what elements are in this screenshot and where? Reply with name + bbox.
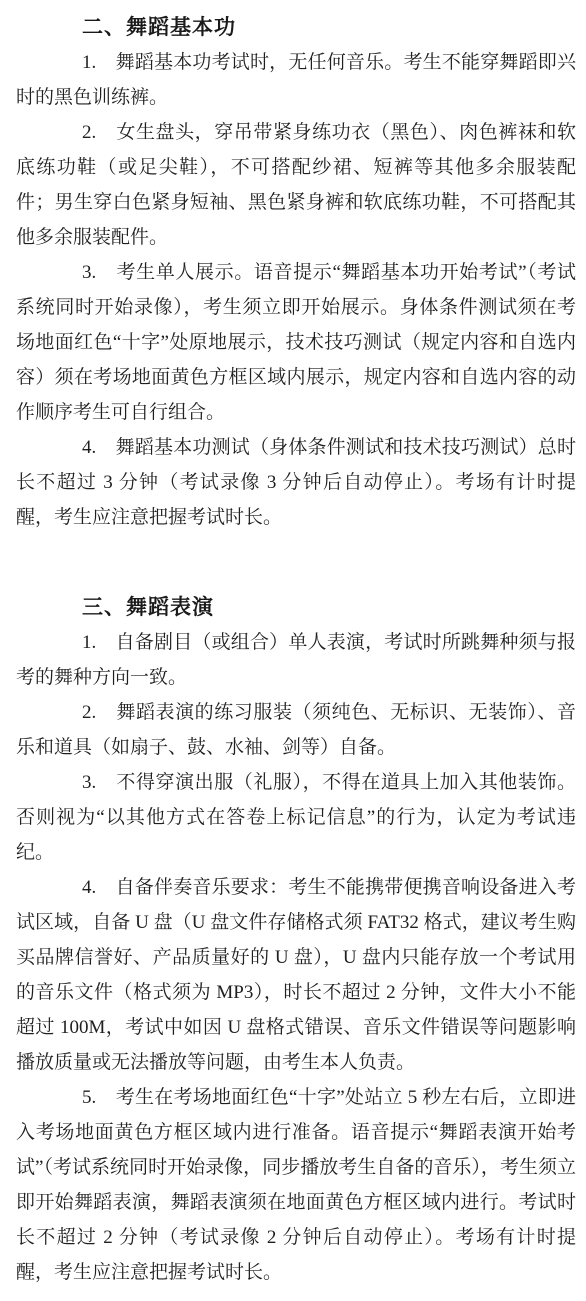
section-dance-performance: 三、舞蹈表演 1. 自备剧目（或组合）单人表演，考试时所跳舞种须与报考的舞种方向… [16, 590, 576, 1290]
paragraph-performance-4: 4. 自备伴奏音乐要求：考生不能携带便携音响设备进入考试区域，自备 U 盘（U … [16, 870, 576, 1080]
paragraph-performance-2: 2. 舞蹈表演的练习服装（须纯色、无标识、无装饰）、音乐和道具（如扇子、鼓、水袖… [16, 695, 576, 765]
section-dance-basics: 二、舞蹈基本功 1. 舞蹈基本功考试时，无任何音乐。考生不能穿舞蹈即兴时的黑色训… [16, 10, 576, 535]
paragraph-performance-1: 1. 自备剧目（或组合）单人表演，考试时所跳舞种须与报考的舞种方向一致。 [16, 625, 576, 695]
paragraph-basics-1: 1. 舞蹈基本功考试时，无任何音乐。考生不能穿舞蹈即兴时的黑色训练裤。 [16, 45, 576, 115]
section-heading-dance-basics: 二、舞蹈基本功 [82, 10, 576, 45]
paragraph-performance-3: 3. 不得穿演出服（礼服），不得在道具上加入其他装饰。否则视为“以其他方式在答卷… [16, 765, 576, 870]
paragraph-basics-2: 2. 女生盘头，穿吊带紧身练功衣（黑色）、肉色裤袜和软底练功鞋（或足尖鞋），不可… [16, 115, 576, 255]
document-page: 二、舞蹈基本功 1. 舞蹈基本功考试时，无任何音乐。考生不能穿舞蹈即兴时的黑色训… [0, 0, 586, 1301]
paragraph-basics-3: 3. 考生单人展示。语音提示“舞蹈基本功开始考试”（考试系统同时开始录像），考生… [16, 255, 576, 430]
paragraph-basics-4: 4. 舞蹈基本功测试（身体条件测试和技术技巧测试）总时长不超过 3 分钟（考试录… [16, 430, 576, 535]
section-heading-dance-performance: 三、舞蹈表演 [82, 590, 576, 625]
paragraph-performance-5: 5. 考生在考场地面红色“十字”处站立 5 秒左右后，立即进入考场地面黄色方框区… [16, 1080, 576, 1290]
